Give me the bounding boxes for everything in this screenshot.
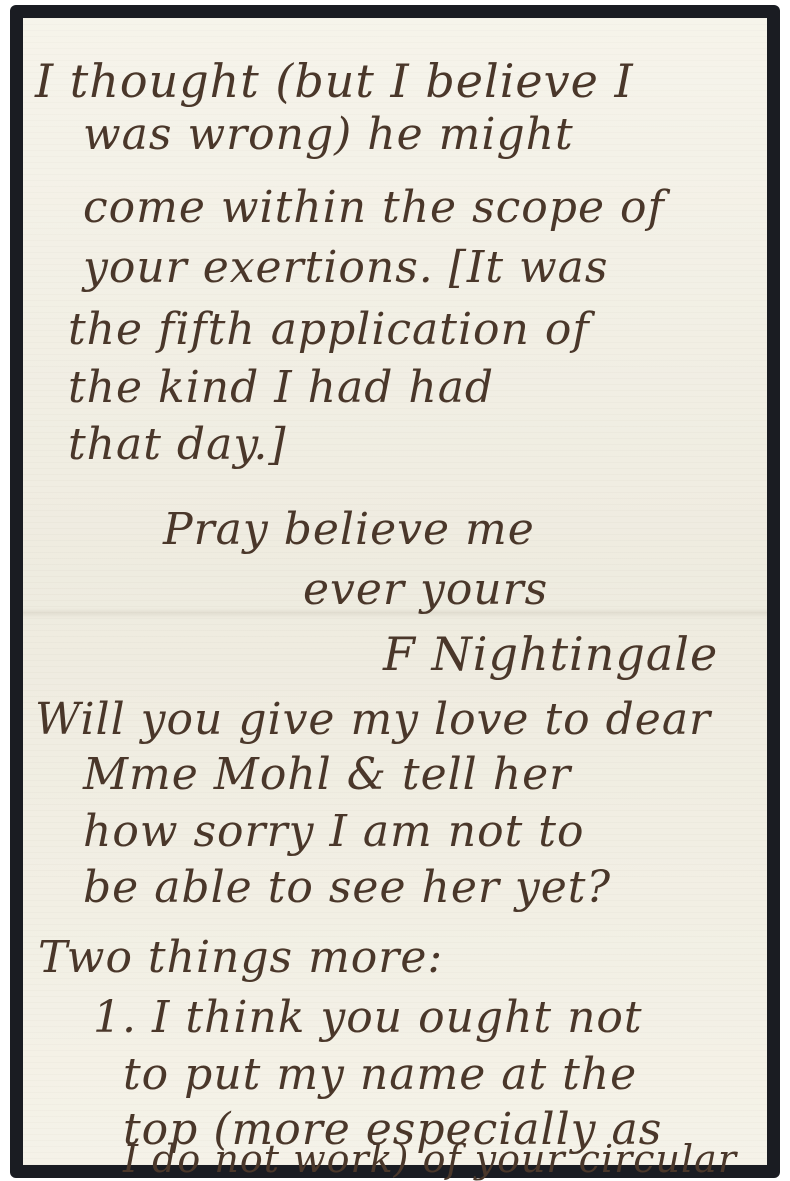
handwritten-line: Mme Mohl & tell her (83, 753, 571, 797)
handwritten-line: to put my name at the (123, 1053, 637, 1097)
closing-valediction: ever yours (303, 568, 548, 612)
handwritten-line: how sorry I am not to (83, 810, 584, 854)
handwritten-line: the kind I had had (68, 366, 494, 410)
handwritten-line: I thought (but I believe I (35, 58, 634, 104)
handwritten-line: the fifth application of (68, 308, 590, 352)
handwritten-line: be able to see her yet? (83, 866, 611, 910)
signature: F Nightingale (383, 631, 718, 677)
handwritten-line: your exertions. [It was (83, 246, 608, 290)
handwritten-line: come within the scope of (83, 186, 665, 230)
handwritten-line: Two things more: (38, 936, 443, 980)
handwritten-line: was wrong) he might (83, 113, 574, 157)
handwritten-line: 1. I think you ought not (93, 996, 643, 1040)
letter-paper: I thought (but I believe I was wrong) he… (23, 18, 767, 1165)
handwritten-line: Will you give my love to dear (35, 698, 711, 742)
closing-salutation: Pray believe me (163, 508, 535, 552)
handwritten-line: I do not work) of your circular (123, 1140, 737, 1178)
letter-sheet-mourning-border: I thought (but I believe I was wrong) he… (10, 5, 780, 1178)
handwritten-line: that day.] (68, 423, 286, 467)
